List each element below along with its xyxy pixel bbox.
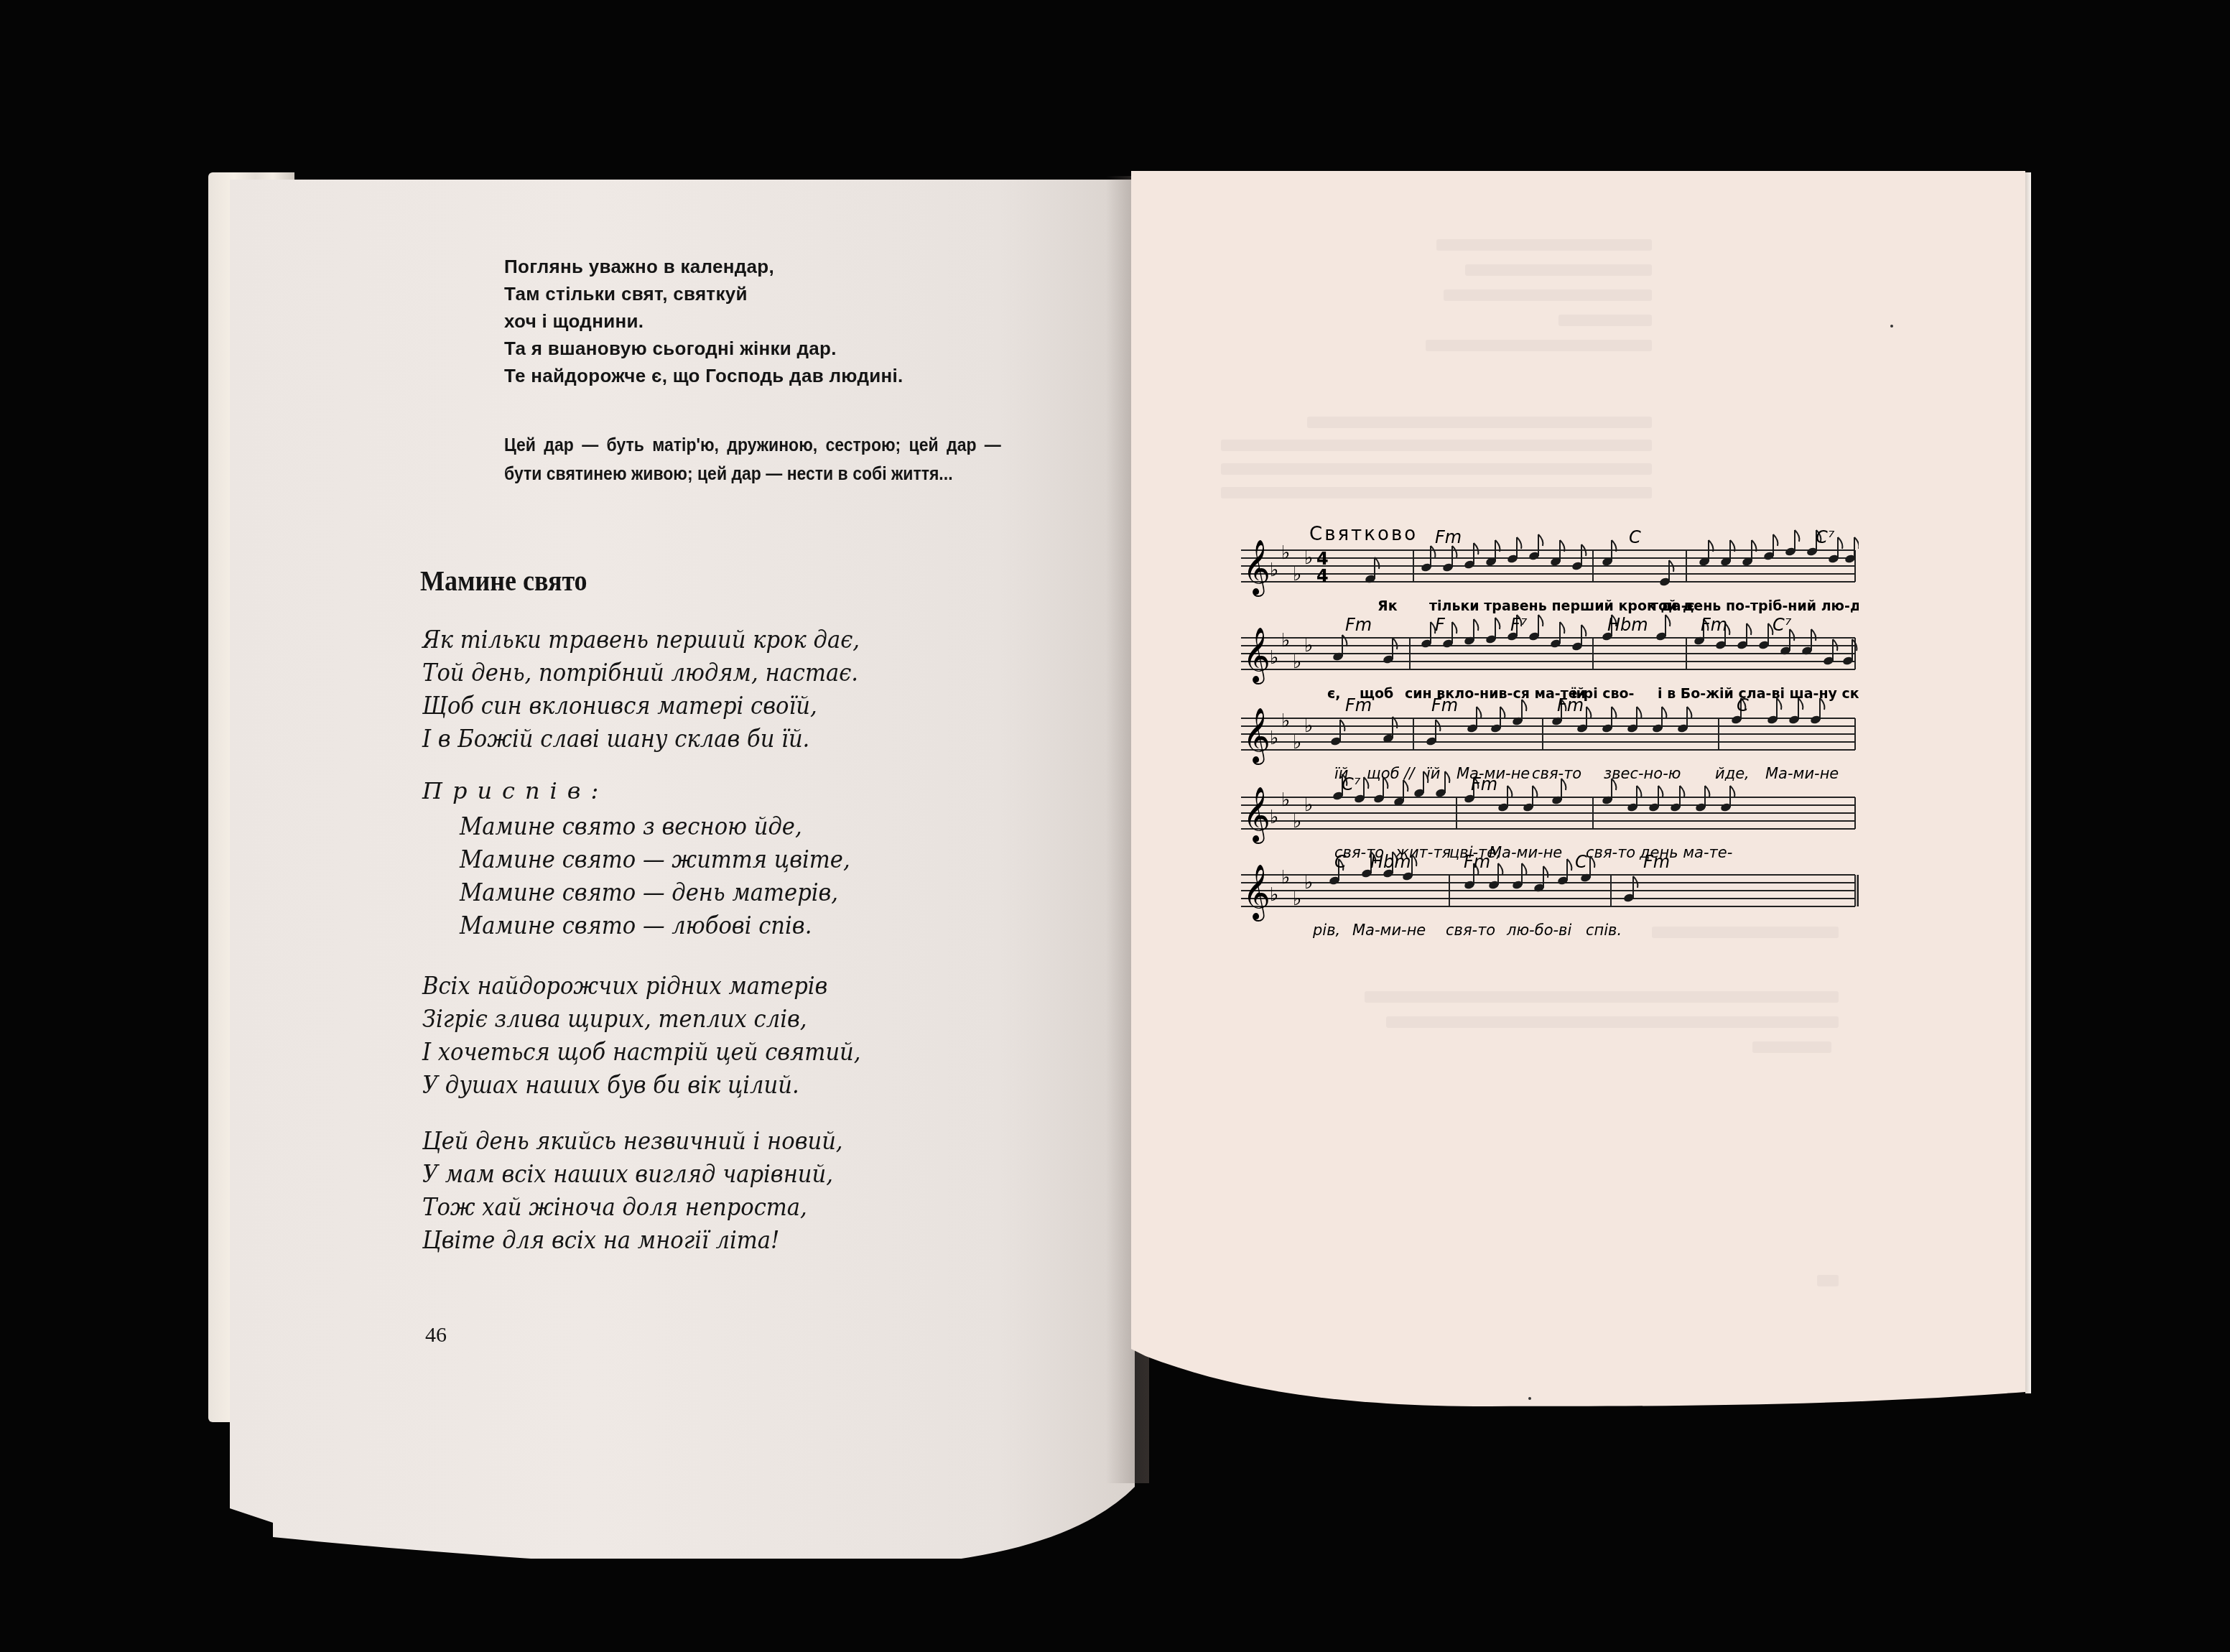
lyric-syllables: свя-то <box>1532 765 1581 782</box>
song-title: Мамине свято <box>420 564 587 598</box>
chord-symbol: C <box>1575 852 1587 872</box>
verse-line: У мам всіх наших вигляд чарівний, <box>422 1158 914 1191</box>
flat-icon: ♭ <box>1293 564 1301 585</box>
treble-clef-icon: 𝄞 <box>1242 864 1270 922</box>
lyric-syllables: і в Бо-жій сла-ві ша-ну склав би <box>1658 686 1859 702</box>
verse-line: У душах наших був би вік цілий. <box>422 1069 914 1102</box>
chord-symbol: C⁷ <box>1816 527 1835 547</box>
flat-icon: ♭ <box>1281 867 1290 888</box>
lyric-syllables: Ма-ми-не <box>1489 844 1562 861</box>
flat-icon: ♭ <box>1281 630 1290 651</box>
paper-speck <box>1528 1397 1531 1400</box>
lyric-syllables: йде, <box>1715 765 1750 782</box>
intro-poem: Поглянь уважно в календар, Там стільки с… <box>504 253 1050 389</box>
verse-line: Цвіте для всіх на многії літа! <box>422 1224 914 1257</box>
verse-line: Зігріє злива щирих, теплих слів, <box>422 1003 914 1036</box>
intro-prose: Цей дар — буть матір'ю, дружиною, сестро… <box>504 431 1001 488</box>
chord-symbol: Fm <box>1345 695 1372 715</box>
chorus-line: Мамине свято — любові спів. <box>460 909 912 942</box>
chord-symbol: C <box>1629 527 1641 547</box>
verse-line: Той день, потрібний людям, настає. <box>422 656 914 690</box>
chorus: Мамине свято з весною йде, Мамине свято … <box>460 810 912 942</box>
chord-symbol: F⁷ <box>1510 615 1528 635</box>
flat-icon: ♭ <box>1281 789 1290 811</box>
chord-symbol: C <box>1737 695 1749 715</box>
verse-1: Як тільки травень перший крок дає, Той д… <box>422 623 914 756</box>
treble-clef-icon: 𝄞 <box>1242 627 1270 685</box>
chord-symbol: F <box>1435 615 1446 635</box>
flat-icon: ♭ <box>1270 728 1278 749</box>
intro-poem-line: Те найдорожче є, що Господь дав людині. <box>504 362 1050 389</box>
chord-symbol: Fm <box>1431 695 1458 715</box>
flat-icon: ♭ <box>1281 542 1290 564</box>
flat-icon: ♭ <box>1304 794 1313 816</box>
flat-icon: ♭ <box>1304 715 1313 737</box>
intro-poem-line: Поглянь уважно в календар, <box>504 253 1050 280</box>
verse-line: Тож хай жіноча доля непроста, <box>422 1191 914 1224</box>
verse-2: Всіх найдорожчих рідних матерів Зігріє з… <box>422 970 914 1102</box>
flat-icon: ♭ <box>1270 884 1278 906</box>
verse-line: Цей день якийсь незвичний і новий, <box>422 1125 914 1158</box>
lyric-syllables: щоб // <box>1367 765 1416 782</box>
chord-symbol: Fm <box>1345 615 1372 635</box>
verse-line: Щоб син вклонився матері своїй, <box>422 690 914 723</box>
chorus-line: Мамине свято — життя цвіте, <box>460 843 912 876</box>
verse-line: Всіх найдорожчих рідних матерів <box>422 970 914 1003</box>
chord-symbol: Hbm <box>1607 615 1648 635</box>
page-number: 46 <box>425 1323 447 1347</box>
chord-symbol: Fm <box>1701 615 1727 635</box>
flat-icon: ♭ <box>1304 547 1313 569</box>
intro-poem-line: Та я вшановую сьогодні жінки дар. <box>504 335 1050 362</box>
flat-icon: ♭ <box>1281 710 1290 732</box>
chord-symbol: Fm <box>1643 852 1670 872</box>
verse-line: Як тільки травень перший крок дає, <box>422 623 914 656</box>
chord-symbol: Fm <box>1464 852 1490 872</box>
chord-symbol: Fm <box>1471 774 1497 794</box>
flat-icon: ♭ <box>1293 888 1301 910</box>
right-page-edge <box>2025 172 2031 1393</box>
lyric-syllables: спів. <box>1586 922 1622 939</box>
lyric-syllables: є, <box>1327 686 1340 702</box>
verse-line: І хочеться щоб настрій цей святий, <box>422 1036 914 1069</box>
lyric-syllables: той <box>1650 598 1677 614</box>
chord-symbol: C⁷ <box>1342 774 1361 794</box>
flat-icon: ♭ <box>1270 647 1278 669</box>
treble-clef-icon: 𝄞 <box>1242 707 1270 765</box>
lyric-syllables: Як <box>1378 598 1398 614</box>
flat-icon: ♭ <box>1304 635 1313 656</box>
verse-3: Цей день якийсь незвичний і новий, У мам… <box>422 1125 914 1257</box>
lyric-syllables: лю-бо-ві <box>1506 922 1571 939</box>
chorus-label: Приспів: <box>422 777 608 804</box>
flat-icon: ♭ <box>1293 811 1301 832</box>
lyric-syllables: свя-то <box>1446 922 1495 939</box>
tempo-marking: Святково <box>1309 524 1418 545</box>
intro-poem-line: Там стільки свят, святкуй <box>504 280 1050 307</box>
sheet-music: 𝄞♭♭♭♭44СвятковоFmCC⁷Яктільки травень пер… <box>1241 516 1859 947</box>
lyric-syllables: Ма-ми-не <box>1765 765 1839 782</box>
treble-clef-icon: 𝄞 <box>1242 786 1270 844</box>
lyric-syllables: звес-но-ю <box>1604 765 1681 782</box>
flat-icon: ♭ <box>1270 560 1278 581</box>
verse-line: І в Божій славі шану склав би їй. <box>422 723 914 756</box>
chord-symbol: C⁷ <box>1773 615 1792 635</box>
treble-clef-icon: 𝄞 <box>1242 539 1270 597</box>
lyric-syllables: свя-то <box>1586 844 1635 861</box>
flat-icon: ♭ <box>1293 651 1301 673</box>
paper-speck <box>1890 325 1893 328</box>
intro-poem-line: хоч і щоднини. <box>504 307 1050 335</box>
chorus-line: Мамине свято — день матерів, <box>460 876 912 909</box>
lyric-syllables: день по-тріб-ний лю-дям на-ста- <box>1683 598 1859 614</box>
flat-icon: ♭ <box>1304 872 1313 894</box>
chord-symbol: Hbm <box>1370 852 1411 872</box>
lyric-syllables: Ма-ми-не <box>1352 922 1426 939</box>
flat-icon: ♭ <box>1270 807 1278 828</box>
chord-symbol: Fm <box>1557 695 1584 715</box>
chord-symbol: C <box>1334 852 1347 872</box>
time-signature-bottom: 4 <box>1316 566 1329 586</box>
lyric-syllables: рів, <box>1312 922 1340 939</box>
chorus-line: Мамине свято з весною йде, <box>460 810 912 843</box>
chord-symbol: Fm <box>1435 527 1462 547</box>
music-staves: 𝄞♭♭♭♭44СвятковоFmCC⁷Яктільки травень пер… <box>1241 516 1859 947</box>
flat-icon: ♭ <box>1293 732 1301 753</box>
